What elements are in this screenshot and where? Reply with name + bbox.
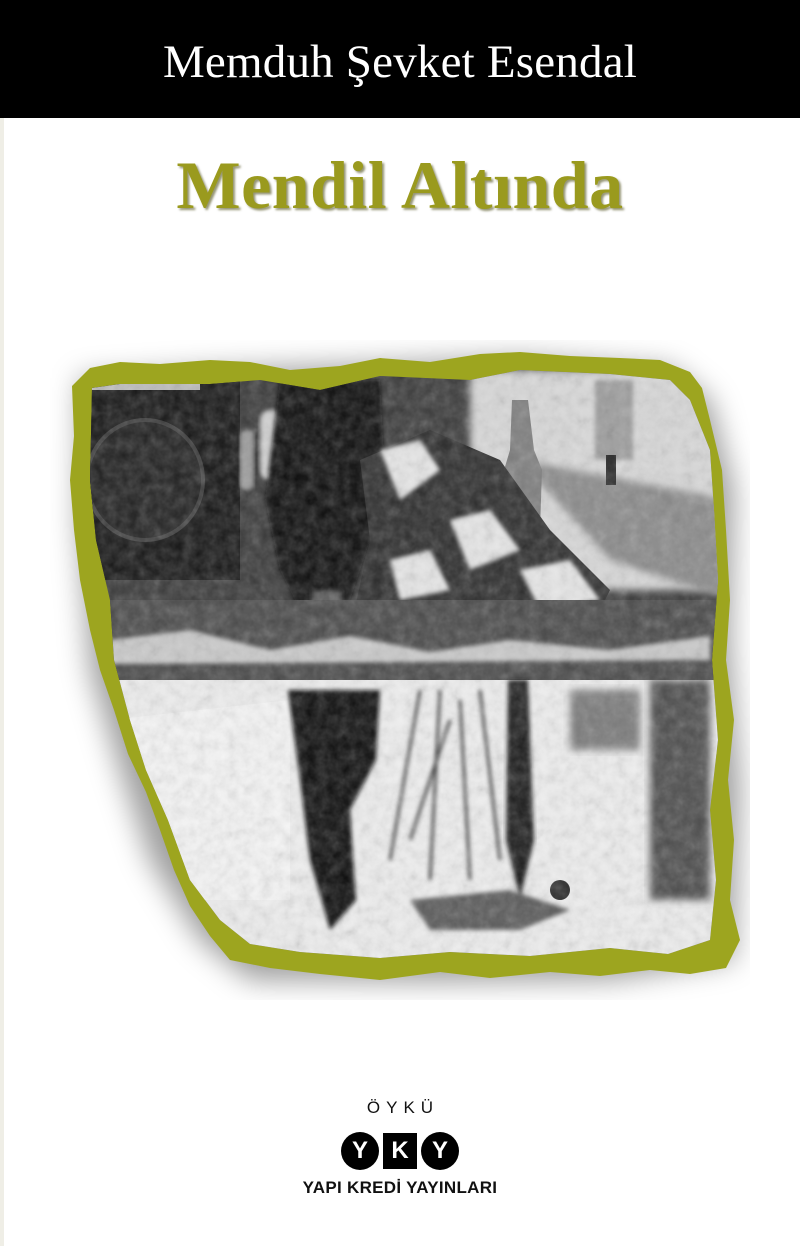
logo-y-circle: Y — [341, 1132, 379, 1170]
logo-y-circle-2: Y — [421, 1132, 459, 1170]
author-name: Memduh Şevket Esendal — [163, 35, 637, 89]
author-band: Memduh Şevket Esendal — [0, 0, 800, 118]
logo-k-square: K — [383, 1133, 417, 1169]
book-title: Mendil Altında — [0, 146, 800, 225]
genre-label: ÖYKÜ — [0, 1098, 800, 1118]
publisher-block: ÖYKÜ Y K Y YAPI KREDİ YAYINLARI — [0, 1098, 800, 1198]
spine-edge — [0, 118, 4, 1246]
book-cover: Memduh Şevket Esendal Mendil Altında — [0, 0, 800, 1246]
publisher-name: YAPI KREDİ YAYINLARI — [0, 1178, 800, 1198]
publisher-logo: Y K Y — [0, 1132, 800, 1170]
cover-photo — [50, 340, 750, 1000]
photo-frame — [50, 340, 750, 1000]
